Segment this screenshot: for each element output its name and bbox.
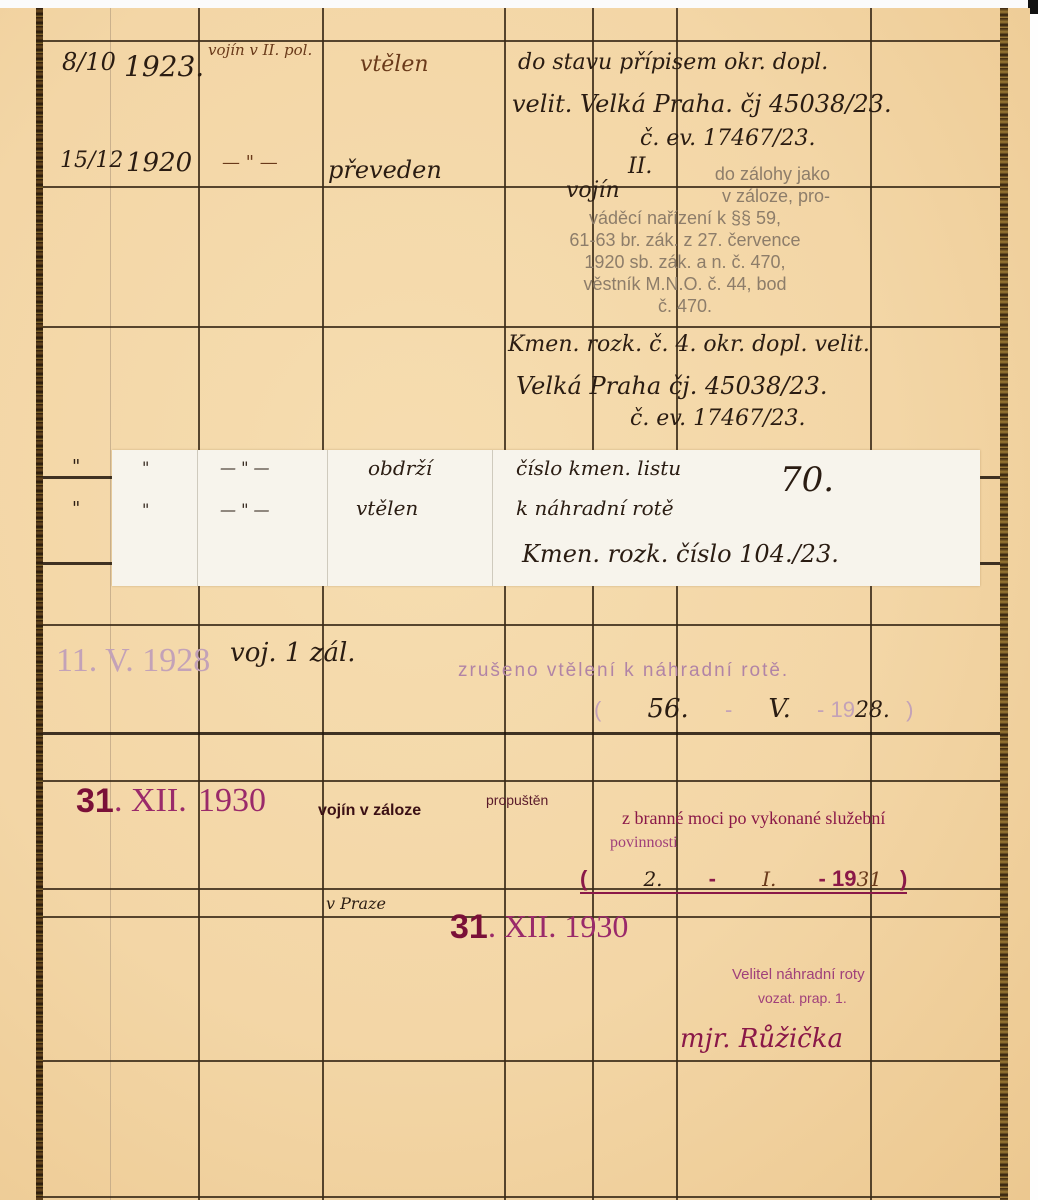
row-divider <box>43 1196 1000 1198</box>
slip-column-line <box>197 450 198 586</box>
paren-open: ( <box>580 866 587 891</box>
slip-column-line <box>327 450 328 586</box>
entry1-note-line3: č. ev. 17467/23. <box>640 126 816 151</box>
signature-title-line1: Velitel náhradní roty <box>732 966 865 983</box>
row-divider <box>43 40 1000 42</box>
cancellation-year: 28. <box>855 698 890 723</box>
row-divider <box>43 326 1000 328</box>
discharge-text-line1: z branné moci po vykonané služební <box>622 808 885 829</box>
discharge-day: 2. <box>643 867 662 891</box>
discharge-date-year: 1930 <box>198 782 266 820</box>
paren-close: ) <box>906 697 913 722</box>
right-binding-edge <box>1000 8 1008 1200</box>
stamp-line: v záloze, pro- <box>540 185 830 207</box>
slip-row1-number: 70. <box>780 460 834 500</box>
slip-row3-note: Kmen. rozk. číslo 104./23. <box>522 540 839 568</box>
discharge-year: 31 <box>856 867 881 891</box>
entry2-day-month: 15/12 <box>60 148 123 173</box>
entry2-action: převeden <box>328 156 442 184</box>
stamp-line: č. 470. <box>540 295 830 317</box>
slip-row1-note: číslo kmen. listu <box>516 456 681 480</box>
entry1-note-line2: velit. Velká Praha. čj 45038/23. <box>512 90 892 118</box>
cancellation-date-stamp: 11. V. 1928 <box>56 642 210 680</box>
slip-row1-ditto-outside: " <box>72 456 80 477</box>
paren-separator: - <box>725 697 732 722</box>
discharge-date-day: 31 <box>76 782 114 821</box>
discharge-rank-stamp: vojín v záloze <box>318 802 421 820</box>
signature: mjr. Růžička <box>680 1024 843 1054</box>
row-divider <box>43 624 1000 626</box>
discharge-action-stamp: propuštěn <box>486 792 548 808</box>
entry2-rank-ditto: — " — <box>222 152 278 173</box>
entry1-year: 1923. <box>124 50 204 83</box>
slip-row2-ditto-outside: " <box>72 498 80 519</box>
cancellation-stamp-text: zrušeno vtělení k náhradní rotě. <box>458 660 789 682</box>
slip-row2-ditto: " <box>142 500 149 519</box>
entry2-year: 1920 <box>126 148 192 178</box>
discharge-month: I. <box>762 867 776 891</box>
cancellation-hand-rank: voj. 1 zál. <box>230 638 356 668</box>
record-page: 8/10 1923. vojín v II. pol. vtělen do st… <box>0 8 1030 1200</box>
signature-title-line2: vozat. prap. 1. <box>758 990 847 1006</box>
entry3-note-line2: Velká Praha čj. 45038/23. <box>516 372 828 400</box>
stamp-line: váděcí nařízení k §§ 59, <box>540 207 830 229</box>
cancellation-month: V. <box>768 694 791 724</box>
entry3-note-line3: č. ev. 17467/23. <box>630 406 806 431</box>
slip-row1-action: obdrží <box>368 456 432 480</box>
cancellation-date-paren: ( 56. - V. - 1928. ) <box>594 694 913 724</box>
stamp-line: do zálohy jako <box>540 163 830 185</box>
paren-open: ( <box>594 697 601 722</box>
discharge-text-line2: povinnosti <box>610 834 678 852</box>
entry2-reserve-transfer-stamp: do zálohy jako v záloze, pro- váděcí nař… <box>540 163 830 317</box>
left-binding-edge <box>36 8 43 1200</box>
paren-century: - 19 <box>817 697 855 722</box>
entry1-action: vtělen <box>360 52 429 77</box>
row-divider <box>43 732 1000 735</box>
paren-separator: - <box>709 866 716 891</box>
row-divider <box>43 186 1000 188</box>
slip-row1-ditto-dash: — " — <box>220 458 270 477</box>
place-hand: v Praze <box>326 894 386 913</box>
slip-column-line <box>492 450 493 586</box>
pasted-paper-slip: " — " — obdrží číslo kmen. listu 70. " —… <box>112 450 980 586</box>
stamp-line: 1920 sb. zák. a n. č. 470, <box>540 251 830 273</box>
discharge-date-paren: ( 2. - I. - 1931 ) <box>580 866 907 894</box>
stamp-line: 61-63 br. zák. z 27. července <box>540 229 830 251</box>
slip-row2-ditto-dash: — " — <box>220 500 270 519</box>
slip-row2-action: vtělen <box>356 496 418 520</box>
cancellation-day: 56. <box>647 694 688 724</box>
entry1-day-month: 8/10 <box>62 48 116 76</box>
stamp-line: věstník M.N.O. č. 44, bod <box>540 273 830 295</box>
slip-row2-note: k náhradní rotě <box>516 496 674 520</box>
entry3-note-line1: Kmen. rozk. č. 4. okr. dopl. velit. <box>508 332 870 357</box>
paren-century: - 19 <box>819 866 857 891</box>
place-date-rest: . XII. 1930 <box>488 908 628 945</box>
place-date-day: 31 <box>450 908 488 947</box>
entry1-note-line1: do stavu přípisem okr. dopl. <box>518 50 828 75</box>
slip-row1-ditto: " <box>142 458 149 477</box>
scan-top-margin <box>0 0 1038 8</box>
paren-close: ) <box>900 866 907 891</box>
entry1-rank: vojín v II. pol. <box>208 42 318 59</box>
row-divider <box>43 1060 1000 1062</box>
discharge-date-month: . XII. <box>114 782 187 820</box>
